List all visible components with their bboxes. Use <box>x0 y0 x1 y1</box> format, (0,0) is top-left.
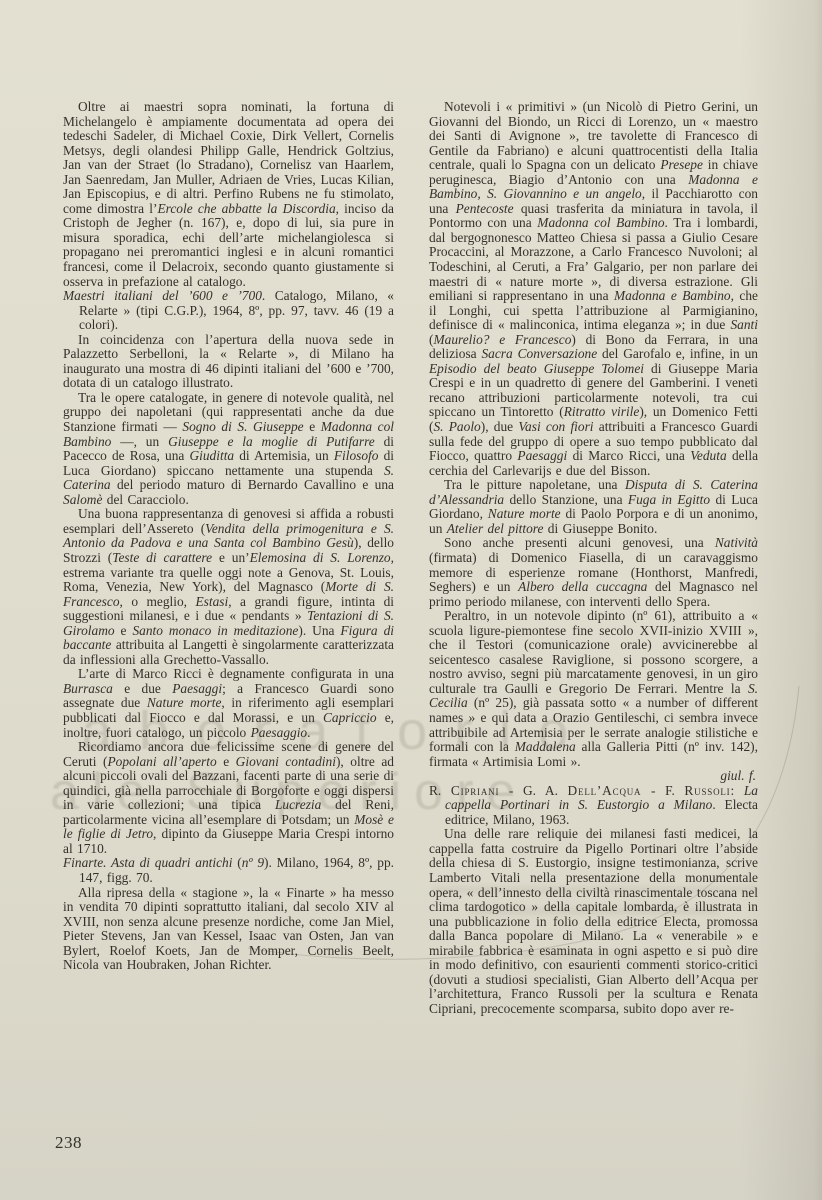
italic-text-segment: Elemosina di S. Lorenzo <box>250 550 391 565</box>
text-segment: del periodo maturo di Bernardo Cavallino… <box>111 477 394 492</box>
italic-text-segment: Paesaggi <box>517 448 567 463</box>
italic-text-segment: Madonna col Bambino <box>537 215 664 230</box>
text-segment: attribuita al Langetti è singolarmente c… <box>63 637 394 667</box>
italic-text-segment: Nature morte <box>147 695 222 710</box>
page-number: 238 <box>55 1133 82 1153</box>
italic-text-segment: Giovani contadini <box>236 754 336 769</box>
italic-text-segment: Giuditta <box>189 448 234 463</box>
right-column: Notevoli i « primitivi » (un Nicolò di P… <box>429 100 758 1016</box>
text-segment: : <box>730 783 743 798</box>
left-column: Oltre ai maestri sopra nominati, la fort… <box>63 100 394 973</box>
italic-text-segment: Madonna e Bambino <box>614 288 731 303</box>
italic-text-segment: Vasi con fiori <box>518 419 593 434</box>
italic-text-segment: Popolani all’aperto <box>107 754 216 769</box>
text-segment: Una delle rare reliquie dei milanesi fas… <box>429 826 758 1016</box>
text-segment: L’arte di Marco Ricci è degnamente confi… <box>78 666 394 681</box>
italic-text-segment: Maddalena <box>515 739 576 754</box>
italic-text-segment: Paesaggio <box>251 725 308 740</box>
text-segment: Oltre ai maestri sopra nominati, la fort… <box>63 99 394 216</box>
text-segment: , o meglio, <box>120 594 196 609</box>
italic-text-segment: Capriccio <box>323 710 377 725</box>
text-paragraph: Notevoli i « primitivi » (un Nicolò di P… <box>429 100 758 478</box>
italic-text-segment: S. Paolo <box>433 419 480 434</box>
italic-text-segment: Giuseppe e la moglie di Putifarre <box>168 434 375 449</box>
italic-text-segment: giul. f. <box>720 768 756 783</box>
italic-text-segment: Burrasca <box>63 681 113 696</box>
bibliography-entry: Maestri italiani del ’600 e ’700. Catalo… <box>63 289 394 333</box>
italic-text-segment: Lucrezia <box>275 797 321 812</box>
bibliography-entry: Finarte. Asta di quadri antichi (nº 9). … <box>63 856 394 885</box>
text-segment: . <box>307 725 310 740</box>
text-segment: e due <box>113 681 172 696</box>
text-segment: e <box>217 754 236 769</box>
text-paragraph: Sono anche presenti alcuni genovesi, una… <box>429 536 758 609</box>
text-segment: di Marco Ricci, una <box>567 448 690 463</box>
text-segment: Alla ripresa della « stagione », la « Fi… <box>63 885 394 973</box>
italic-text-segment: Atelier del pittore <box>447 521 544 536</box>
italic-text-segment: Ercole che abbatte la Discordia <box>157 201 335 216</box>
italic-text-segment: Fuga in Egitto <box>628 492 710 507</box>
text-segment: di Giuseppe Bonito. <box>543 521 657 536</box>
italic-text-segment: Finarte. Asta di quadri antichi <box>63 855 232 870</box>
text-paragraph: Ricordiamo ancora due felicissime scene … <box>63 740 394 856</box>
text-segment: - G. A. <box>499 783 567 798</box>
italic-text-segment: Maurelio? e Francesco <box>433 332 571 347</box>
text-segment: ), due <box>481 419 519 434</box>
text-segment: del Garofalo e, infine, in un <box>597 346 758 361</box>
text-paragraph: Tra le opere catalogate, in genere di no… <box>63 391 394 507</box>
text-segment: ( <box>232 855 241 870</box>
italic-text-segment: Santo monaco in meditazione <box>132 623 298 638</box>
smallcaps-text-segment: Russoli <box>684 783 730 798</box>
italic-text-segment: Albero della cuccagna <box>518 579 647 594</box>
text-segment: di Artemisia, un <box>234 448 334 463</box>
text-paragraph: In coincidenza con l’apertura della nuov… <box>63 333 394 391</box>
text-segment: Tra le pitture napoletane, una <box>444 477 625 492</box>
scanned-page: aboratorio ale Superiore Oltre ai maestr… <box>0 0 822 1200</box>
italic-text-segment: Pentecoste <box>456 201 514 216</box>
italic-text-segment: Nature morte <box>488 506 561 521</box>
text-segment: —, un <box>111 434 168 449</box>
text-segment: Sono anche presenti alcuni genovesi, una <box>444 535 715 550</box>
italic-text-segment: Filosofo <box>334 448 379 463</box>
text-segment: del Caracciolo. <box>102 492 188 507</box>
italic-text-segment: Sogno di S. Giuseppe <box>182 419 303 434</box>
italic-text-segment: Natività <box>715 535 758 550</box>
text-paragraph: Alla ripresa della « stagione », la « Fi… <box>63 886 394 973</box>
text-segment: e <box>304 419 321 434</box>
bibliography-entry: R. Cipriani - G. A. Dell’Acqua - F. Russ… <box>429 784 758 828</box>
reviewer-signature: giul. f. <box>429 769 758 784</box>
text-paragraph: Una buona rappresentanza di genovesi si … <box>63 507 394 667</box>
italic-text-segment: Maestri italiani del ’600 e ’700 <box>63 288 262 303</box>
italic-text-segment: Veduta <box>690 448 726 463</box>
smallcaps-text-segment: Cipriani <box>451 783 499 798</box>
text-paragraph: Una delle rare reliquie dei milanesi fas… <box>429 827 758 1016</box>
text-paragraph: Tra le pitture napoletane, una Disputa d… <box>429 478 758 536</box>
text-paragraph: Oltre ai maestri sopra nominati, la fort… <box>63 100 394 289</box>
italic-text-segment: Ritratto virile <box>564 404 640 419</box>
italic-text-segment: Paesaggi <box>172 681 222 696</box>
text-paragraph: L’arte di Marco Ricci è degnamente confi… <box>63 667 394 740</box>
text-segment: e <box>115 623 133 638</box>
text-paragraph: Peraltro, in un notevole dipinto (nº 61)… <box>429 609 758 769</box>
text-segment: - F. <box>641 783 684 798</box>
text-segment: In coincidenza con l’apertura della nuov… <box>63 332 394 391</box>
italic-text-segment: Salomè <box>63 492 102 507</box>
italic-text-segment: Teste di carattere <box>112 550 212 565</box>
italic-text-segment: Santi <box>730 317 758 332</box>
italic-text-segment: Estasi <box>196 594 229 609</box>
smallcaps-text-segment: Dell’Acqua <box>568 783 642 798</box>
italic-text-segment: Episodio del beato Giuseppe Tolomei <box>429 361 644 376</box>
text-segment: Peraltro, in un notevole dipinto (nº 61)… <box>429 608 758 696</box>
italic-text-segment: Sacra Conversazione <box>481 346 597 361</box>
text-segment: dello Stanzione, una <box>504 492 628 507</box>
text-segment: R. <box>429 783 451 798</box>
text-segment: e un’ <box>212 550 250 565</box>
text-segment: ). Una <box>298 623 340 638</box>
italic-text-segment: nº 9 <box>242 855 264 870</box>
italic-text-segment: Presepe <box>660 157 703 172</box>
